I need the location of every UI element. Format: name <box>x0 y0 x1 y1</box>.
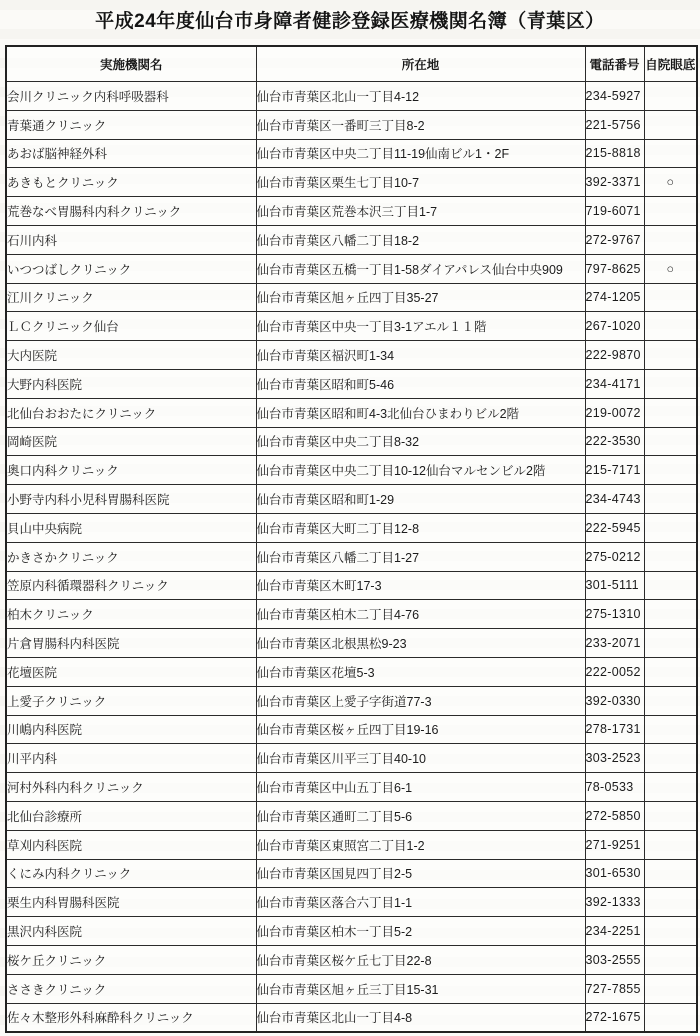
fundus-mark-cell <box>644 398 697 427</box>
institution-address-cell: 仙台市青葉区北根黒松9-23 <box>256 629 585 658</box>
institution-name-cell: 石川内科 <box>6 225 256 254</box>
institution-phone-cell: 272-5850 <box>585 801 644 830</box>
scanned-document-page: { "title": "平成24年度仙台市身障者健診登録医療機関名簿（青葉区）"… <box>0 0 700 1036</box>
fundus-mark-cell <box>644 744 697 773</box>
fundus-mark-cell <box>644 283 697 312</box>
institution-name-cell: 小野寺内科小児科胃腸科医院 <box>6 485 256 514</box>
fundus-mark-cell <box>644 225 697 254</box>
table-row: ささきクリニック 仙台市青葉区旭ヶ丘三丁目15-31 727-7855 <box>6 974 697 1003</box>
institution-phone-cell: 234-4171 <box>585 369 644 398</box>
institution-address-cell: 仙台市青葉区柏木一丁目5-2 <box>256 917 585 946</box>
institution-address-cell: 仙台市青葉区中山五丁目6-1 <box>256 773 585 802</box>
institution-name-cell: 柏木クリニック <box>6 600 256 629</box>
fundus-mark-cell <box>644 312 697 341</box>
institution-phone-cell: 222-0052 <box>585 657 644 686</box>
institution-phone-cell: 392-0330 <box>585 686 644 715</box>
institution-name-cell: あきもとクリニック <box>6 168 256 197</box>
institution-address-cell: 仙台市青葉区旭ヶ丘四丁目35-27 <box>256 283 585 312</box>
institution-address-cell: 仙台市青葉区桜ヶ丘四丁目19-16 <box>256 715 585 744</box>
table-row: 黒沢内科医院 仙台市青葉区柏木一丁目5-2 234-2251 <box>6 917 697 946</box>
table-row: あおば脳神経外科 仙台市青葉区中央二丁目11-19仙南ビル1・2F 215-88… <box>6 139 697 168</box>
table-row: 川平内科 仙台市青葉区川平三丁目40-10 303-2523 <box>6 744 697 773</box>
fundus-mark-cell <box>644 197 697 226</box>
table-row: 桜ケ丘クリニック 仙台市青葉区桜ケ丘七丁目22-8 303-2555 <box>6 945 697 974</box>
institution-phone-cell: 215-8818 <box>585 139 644 168</box>
table-row: かきさかクリニック 仙台市青葉区八幡二丁目1-27 275-0212 <box>6 542 697 571</box>
header-address: 所在地 <box>256 46 585 82</box>
institution-name-cell: 上愛子クリニック <box>6 686 256 715</box>
institution-name-cell: 荒巻なべ胃腸科内科クリニック <box>6 197 256 226</box>
institution-name-cell: 河村外科内科クリニック <box>6 773 256 802</box>
institution-phone-cell: 234-2251 <box>585 917 644 946</box>
institution-name-cell: 栗生内科胃腸科医院 <box>6 888 256 917</box>
institution-phone-cell: 222-9870 <box>585 341 644 370</box>
institution-address-cell: 仙台市青葉区通町二丁目5-6 <box>256 801 585 830</box>
institution-name-cell: 黒沢内科医院 <box>6 917 256 946</box>
institution-address-cell: 仙台市青葉区八幡二丁目18-2 <box>256 225 585 254</box>
institution-phone-cell: 392-1333 <box>585 888 644 917</box>
institution-phone-cell: 275-0212 <box>585 542 644 571</box>
header-phone: 電話番号 <box>585 46 644 82</box>
table-row: 花壇医院 仙台市青葉区花壇5-3 222-0052 <box>6 657 697 686</box>
institution-address-cell: 仙台市青葉区中央二丁目11-19仙南ビル1・2F <box>256 139 585 168</box>
table-row: 石川内科 仙台市青葉区八幡二丁目18-2 272-9767 <box>6 225 697 254</box>
institution-phone-cell: 275-1310 <box>585 600 644 629</box>
table-row: ＬＣクリニック仙台 仙台市青葉区中央一丁目3-1アエル１１階 267-1020 <box>6 312 697 341</box>
institution-name-cell: いつつばしクリニック <box>6 254 256 283</box>
fundus-mark-cell <box>644 139 697 168</box>
fundus-mark-cell <box>644 513 697 542</box>
fundus-mark-cell <box>644 427 697 456</box>
fundus-mark-cell <box>644 773 697 802</box>
institution-phone-cell: 271-9251 <box>585 830 644 859</box>
institution-phone-cell: 78-0533 <box>585 773 644 802</box>
institution-name-cell: あおば脳神経外科 <box>6 139 256 168</box>
institution-name-cell: 佐々木整形外科麻酔科クリニック <box>6 1003 256 1032</box>
table-row: 貝山中央病院 仙台市青葉区大町二丁目12-8 222-5945 <box>6 513 697 542</box>
table-body: 会川クリニック内科呼吸器科 仙台市青葉区北山一丁目4-12 234-5927 青… <box>6 82 697 1033</box>
institution-name-cell: かきさかクリニック <box>6 542 256 571</box>
table-row: 会川クリニック内科呼吸器科 仙台市青葉区北山一丁目4-12 234-5927 <box>6 82 697 111</box>
institution-phone-cell: 267-1020 <box>585 312 644 341</box>
institution-address-cell: 仙台市青葉区旭ヶ丘三丁目15-31 <box>256 974 585 1003</box>
fundus-mark-cell <box>644 456 697 485</box>
institution-name-cell: 岡崎医院 <box>6 427 256 456</box>
table-header-row: 実施機関名 所在地 電話番号 自院眼底 <box>6 46 697 82</box>
institution-name-cell: 大内医院 <box>6 341 256 370</box>
institution-address-cell: 仙台市青葉区一番町三丁目8-2 <box>256 110 585 139</box>
table-row: 荒巻なべ胃腸科内科クリニック 仙台市青葉区荒巻本沢三丁目1-7 719-6071 <box>6 197 697 226</box>
institution-name-cell: 大野内科医院 <box>6 369 256 398</box>
institution-name-cell: 青葉通クリニック <box>6 110 256 139</box>
table-row: 北仙台おおたにクリニック 仙台市青葉区昭和町4-3北仙台ひまわりビル2階 219… <box>6 398 697 427</box>
institution-address-cell: 仙台市青葉区東照宮二丁目1-2 <box>256 830 585 859</box>
institution-phone-cell: 222-3530 <box>585 427 644 456</box>
institution-phone-cell: 234-4743 <box>585 485 644 514</box>
header-fundus: 自院眼底 <box>644 46 697 82</box>
table-row: 柏木クリニック 仙台市青葉区柏木二丁目4-76 275-1310 <box>6 600 697 629</box>
page-title: 平成24年度仙台市身障者健診登録医療機関名簿（青葉区） <box>0 0 700 33</box>
institution-name-cell: 北仙台おおたにクリニック <box>6 398 256 427</box>
institution-address-cell: 仙台市青葉区中央一丁目3-1アエル１１階 <box>256 312 585 341</box>
fundus-mark-cell <box>644 715 697 744</box>
institution-address-cell: 仙台市青葉区荒巻本沢三丁目1-7 <box>256 197 585 226</box>
fundus-mark-cell <box>644 369 697 398</box>
institution-address-cell: 仙台市青葉区昭和町4-3北仙台ひまわりビル2階 <box>256 398 585 427</box>
table-row: 江川クリニック 仙台市青葉区旭ヶ丘四丁目35-27 274-1205 <box>6 283 697 312</box>
fundus-mark-cell <box>644 110 697 139</box>
institution-phone-cell: 303-2555 <box>585 945 644 974</box>
institution-phone-cell: 274-1205 <box>585 283 644 312</box>
fundus-mark-cell <box>644 945 697 974</box>
institution-phone-cell: 797-8625 <box>585 254 644 283</box>
fundus-mark-cell <box>644 917 697 946</box>
table-row: 大内医院 仙台市青葉区福沢町1-34 222-9870 <box>6 341 697 370</box>
institution-phone-cell: 234-5927 <box>585 82 644 111</box>
institution-address-cell: 仙台市青葉区落合六丁目1-1 <box>256 888 585 917</box>
institution-address-cell: 仙台市青葉区花壇5-3 <box>256 657 585 686</box>
fundus-mark-cell <box>644 686 697 715</box>
fundus-mark-cell <box>644 82 697 111</box>
table-row: 北仙台診療所 仙台市青葉区通町二丁目5-6 272-5850 <box>6 801 697 830</box>
institution-name-cell: 川嶋内科医院 <box>6 715 256 744</box>
table-row: 奥口内科クリニック 仙台市青葉区中央二丁目10-12仙台マルセンビル2階 215… <box>6 456 697 485</box>
fundus-mark-cell <box>644 974 697 1003</box>
institution-phone-cell: 301-6530 <box>585 859 644 888</box>
institution-address-cell: 仙台市青葉区中央二丁目10-12仙台マルセンビル2階 <box>256 456 585 485</box>
fundus-mark-cell <box>644 571 697 600</box>
institution-name-cell: 奥口内科クリニック <box>6 456 256 485</box>
institution-phone-cell: 719-6071 <box>585 197 644 226</box>
institution-name-cell: 川平内科 <box>6 744 256 773</box>
fundus-mark-cell: ○ <box>644 168 697 197</box>
institution-address-cell: 仙台市青葉区昭和町1-29 <box>256 485 585 514</box>
institution-address-cell: 仙台市青葉区五橋一丁目1-58ダイアパレス仙台中央909 <box>256 254 585 283</box>
institution-address-cell: 仙台市青葉区福沢町1-34 <box>256 341 585 370</box>
medical-institution-table: 実施機関名 所在地 電話番号 自院眼底 会川クリニック内科呼吸器科 仙台市青葉区… <box>5 45 698 1033</box>
institution-phone-cell: 222-5945 <box>585 513 644 542</box>
institution-phone-cell: 727-7855 <box>585 974 644 1003</box>
institution-name-cell: 桜ケ丘クリニック <box>6 945 256 974</box>
institution-address-cell: 仙台市青葉区昭和町5-46 <box>256 369 585 398</box>
fundus-mark-cell <box>644 542 697 571</box>
institution-name-cell: 草刈内科医院 <box>6 830 256 859</box>
institution-phone-cell: 272-9767 <box>585 225 644 254</box>
table-row: いつつばしクリニック 仙台市青葉区五橋一丁目1-58ダイアパレス仙台中央909 … <box>6 254 697 283</box>
institution-phone-cell: 219-0072 <box>585 398 644 427</box>
fundus-mark-cell <box>644 485 697 514</box>
fundus-mark-cell: ○ <box>644 254 697 283</box>
institution-address-cell: 仙台市青葉区川平三丁目40-10 <box>256 744 585 773</box>
institution-name-cell: 貝山中央病院 <box>6 513 256 542</box>
fundus-mark-cell <box>644 629 697 658</box>
institution-name-cell: くにみ内科クリニック <box>6 859 256 888</box>
institution-address-cell: 仙台市青葉区栗生七丁目10-7 <box>256 168 585 197</box>
header-institution-name: 実施機関名 <box>6 46 256 82</box>
fundus-mark-cell <box>644 657 697 686</box>
institution-address-cell: 仙台市青葉区柏木二丁目4-76 <box>256 600 585 629</box>
table-row: 佐々木整形外科麻酔科クリニック 仙台市青葉区北山一丁目4-8 272-1675 <box>6 1003 697 1032</box>
table-row: 小野寺内科小児科胃腸科医院 仙台市青葉区昭和町1-29 234-4743 <box>6 485 697 514</box>
table-row: 岡崎医院 仙台市青葉区中央二丁目8-32 222-3530 <box>6 427 697 456</box>
fundus-mark-cell <box>644 801 697 830</box>
institution-name-cell: 江川クリニック <box>6 283 256 312</box>
fundus-mark-cell <box>644 830 697 859</box>
table-row: あきもとクリニック 仙台市青葉区栗生七丁目10-7 392-3371 ○ <box>6 168 697 197</box>
institution-phone-cell: 233-2071 <box>585 629 644 658</box>
institution-name-cell: 北仙台診療所 <box>6 801 256 830</box>
institution-phone-cell: 303-2523 <box>585 744 644 773</box>
table-row: 大野内科医院 仙台市青葉区昭和町5-46 234-4171 <box>6 369 697 398</box>
table-row: 笠原内科循環器科クリニック 仙台市青葉区木町17-3 301-5111 <box>6 571 697 600</box>
table-row: 青葉通クリニック 仙台市青葉区一番町三丁目8-2 221-5756 <box>6 110 697 139</box>
institution-name-cell: 花壇医院 <box>6 657 256 686</box>
fundus-mark-cell <box>644 600 697 629</box>
table-row: 河村外科内科クリニック 仙台市青葉区中山五丁目6-1 78-0533 <box>6 773 697 802</box>
institution-address-cell: 仙台市青葉区国見四丁目2-5 <box>256 859 585 888</box>
institution-name-cell: 会川クリニック内科呼吸器科 <box>6 82 256 111</box>
institution-address-cell: 仙台市青葉区上愛子字街道77-3 <box>256 686 585 715</box>
institution-address-cell: 仙台市青葉区中央二丁目8-32 <box>256 427 585 456</box>
institution-name-cell: ささきクリニック <box>6 974 256 1003</box>
institution-address-cell: 仙台市青葉区木町17-3 <box>256 571 585 600</box>
table-row: 片倉胃腸科内科医院 仙台市青葉区北根黒松9-23 233-2071 <box>6 629 697 658</box>
table-row: 上愛子クリニック 仙台市青葉区上愛子字街道77-3 392-0330 <box>6 686 697 715</box>
table-row: 川嶋内科医院 仙台市青葉区桜ヶ丘四丁目19-16 278-1731 <box>6 715 697 744</box>
institution-address-cell: 仙台市青葉区北山一丁目4-12 <box>256 82 585 111</box>
fundus-mark-cell <box>644 1003 697 1032</box>
institution-phone-cell: 272-1675 <box>585 1003 644 1032</box>
institution-name-cell: 片倉胃腸科内科医院 <box>6 629 256 658</box>
table-row: 草刈内科医院 仙台市青葉区東照宮二丁目1-2 271-9251 <box>6 830 697 859</box>
institution-name-cell: ＬＣクリニック仙台 <box>6 312 256 341</box>
table-row: くにみ内科クリニック 仙台市青葉区国見四丁目2-5 301-6530 <box>6 859 697 888</box>
fundus-mark-cell <box>644 859 697 888</box>
institution-address-cell: 仙台市青葉区桜ケ丘七丁目22-8 <box>256 945 585 974</box>
institution-address-cell: 仙台市青葉区大町二丁目12-8 <box>256 513 585 542</box>
institution-phone-cell: 278-1731 <box>585 715 644 744</box>
institution-phone-cell: 221-5756 <box>585 110 644 139</box>
institution-name-cell: 笠原内科循環器科クリニック <box>6 571 256 600</box>
fundus-mark-cell <box>644 888 697 917</box>
institution-phone-cell: 215-7171 <box>585 456 644 485</box>
institution-phone-cell: 301-5111 <box>585 571 644 600</box>
institution-address-cell: 仙台市青葉区八幡二丁目1-27 <box>256 542 585 571</box>
fundus-mark-cell <box>644 341 697 370</box>
table-row: 栗生内科胃腸科医院 仙台市青葉区落合六丁目1-1 392-1333 <box>6 888 697 917</box>
institution-phone-cell: 392-3371 <box>585 168 644 197</box>
institution-address-cell: 仙台市青葉区北山一丁目4-8 <box>256 1003 585 1032</box>
